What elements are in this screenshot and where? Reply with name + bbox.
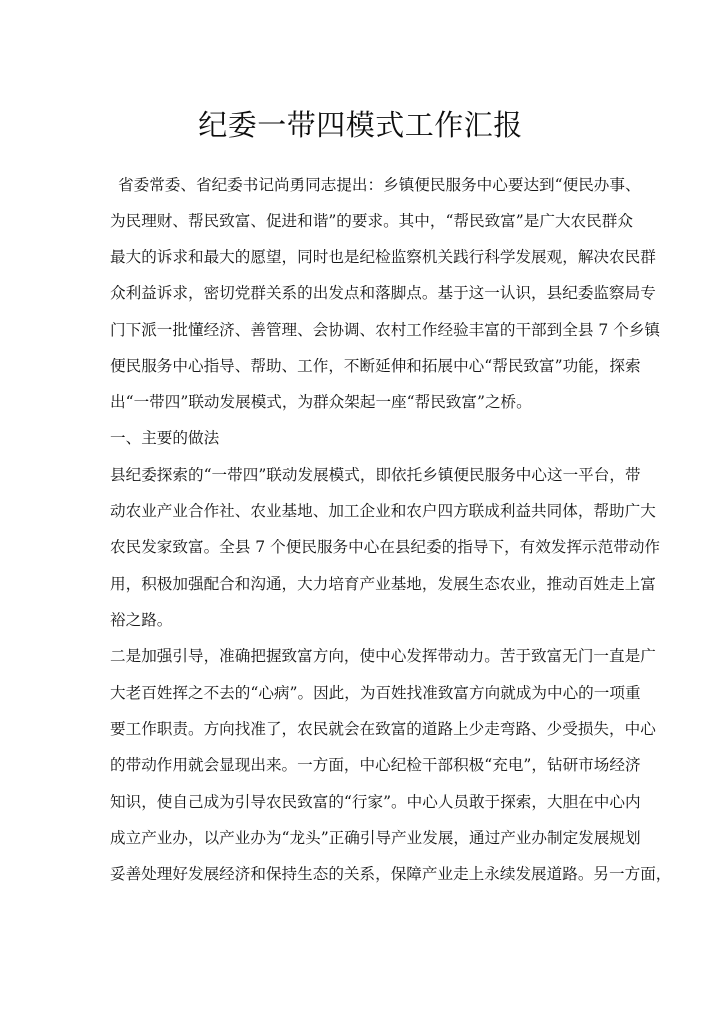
paragraph-line: 门下派一批懂经济、善管理、会协调、农村工作经验丰富的干部到全县 7 个乡镇 [110,319,614,341]
paragraph-line: 妥善处理好发展经济和保持生态的关系，保障产业走上永续发展道路。另一方面， [110,863,614,885]
paragraph-line: 知识，使自己成为引导农民致富的“行家”。中心人员敢于探索，大胆在中心内 [110,791,614,813]
paragraph-line: 出“一带四”联动发展模式，为群众架起一座“帮民致富”之桥。 [110,391,614,413]
paragraph-line: 二是加强引导，准确把握致富方向，使中心发挥带动力。苦于致富无门一直是广 [110,645,614,667]
paragraph-line: 大老百姓挥之不去的“心病”。因此，为百姓找准致富方向就成为中心的一项重 [110,682,614,704]
paragraph-line: 县纪委探索的“一带四”联动发展模式，即依托乡镇便民服务中心这一平台，带 [110,464,614,486]
paragraph-line: 成立产业办，以产业办为“龙头”正确引导产业发展，通过产业办制定发展规划 [110,827,614,849]
paragraph-line: 便民服务中心指导、帮助、工作，不断延伸和拓展中心“帮民致富”功能，探索 [110,355,614,377]
document-page: 纪委一带四模式工作汇报 省委常委、省纪委书记尚勇同志提出：乡镇便民服务中心要达到… [0,0,721,1020]
document-title: 纪委一带四模式工作汇报 [0,105,721,145]
section-heading: 一、主要的做法 [110,427,614,449]
paragraph-line: 省委常委、省纪委书记尚勇同志提出：乡镇便民服务中心要达到“便民办事、 [118,174,614,196]
paragraph-line: 众利益诉求，密切党群关系的出发点和落脚点。基于这一认识，县纪委监察局专 [110,282,614,304]
paragraph-line: 要工作职责。方向找准了，农民就会在致富的道路上少走弯路、少受损失，中心 [110,718,614,740]
paragraph-line: 用，积极加强配合和沟通，大力培育产业基地，发展生态农业，推动百姓走上富 [110,573,614,595]
paragraph-line: 最大的诉求和最大的愿望，同时也是纪检监察机关践行科学发展观，解决农民群 [110,246,614,268]
paragraph-line: 农民发家致富。全县 7 个便民服务中心在县纪委的指导下，有效发挥示范带动作 [110,536,614,558]
paragraph-line: 裕之路。 [110,609,614,631]
paragraph-line: 为民理财、帮民致富、促进和谐”的要求。其中，“帮民致富”是广大农民群众 [110,210,614,232]
paragraph-line: 的带动作用就会显现出来。一方面，中心纪检干部积极“充电”，钻研市场经济 [110,754,614,776]
paragraph-line: 动农业产业合作社、农业基地、加工企业和农户四方联成利益共同体，帮助广大 [110,500,614,522]
